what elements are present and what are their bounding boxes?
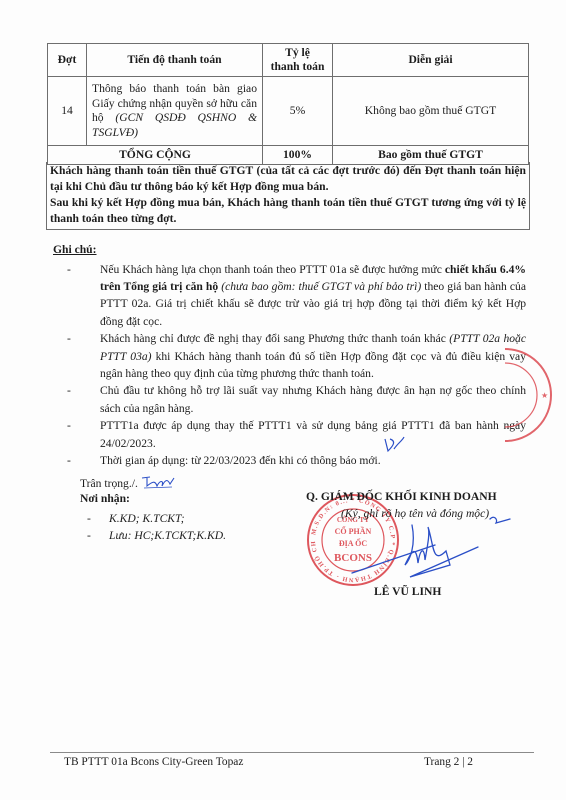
- payment-schedule-table: Đợt Tiến độ thanh toán Tỷ lệthanh toán D…: [47, 43, 529, 165]
- note-item: -Khách hàng chỉ được đề nghị thay đổi sa…: [60, 330, 526, 382]
- cell-progress: Thông báo thanh toán bàn giao Giấy chứng…: [87, 77, 263, 146]
- header-explain: Diễn giải: [333, 44, 529, 77]
- table-row: 14 Thông báo thanh toán bàn giao Giấy ch…: [48, 77, 529, 146]
- svg-text:CỔ PHẦN: CỔ PHẦN: [335, 526, 372, 536]
- cell-rate: 5%: [263, 77, 333, 146]
- signatory-name: LÊ VŨ LINH: [374, 585, 441, 598]
- document-page: Đợt Tiến độ thanh toán Tỷ lệthanh toán D…: [0, 0, 566, 800]
- initials-icon: [140, 474, 176, 490]
- footer-divider: [50, 752, 534, 753]
- note-item: -Thời gian áp dụng: từ 22/03/2023 đến kh…: [60, 452, 526, 469]
- recipients-title: Nơi nhận:: [80, 492, 130, 505]
- recipient-item: -Lưu: HC;K.TCKT;K.KD.: [87, 527, 226, 544]
- svg-text:BCONS: BCONS: [334, 552, 372, 564]
- recipients-list: -K.KD; K.TCKT; -Lưu: HC;K.TCKT;K.KD.: [87, 510, 226, 544]
- vat-note-box: Khách hàng thanh toán tiền thuế GTGT (củ…: [46, 162, 530, 230]
- svg-text:★: ★: [541, 391, 548, 400]
- cell-explain: Không bao gồm thuế GTGT: [333, 77, 529, 146]
- header-progress: Tiến độ thanh toán: [87, 44, 263, 77]
- footer-document-title: TB PTTT 01a Bcons City-Green Topaz: [64, 756, 243, 768]
- note-item: -PTTT1a được áp dụng thay thế PTTT1 và s…: [60, 417, 526, 451]
- recipient-item: -K.KD; K.TCKT;: [87, 510, 226, 527]
- note-item: -Chủ đầu tư không hỗ trợ lãi suất vay nh…: [60, 382, 526, 416]
- notes-title: Ghi chú:: [53, 243, 97, 256]
- closing-text: Trân trọng./.: [80, 475, 138, 492]
- table-header-row: Đợt Tiến độ thanh toán Tỷ lệthanh toán D…: [48, 44, 529, 77]
- vat-note-p1: Khách hàng thanh toán tiền thuế GTGT (củ…: [50, 163, 526, 195]
- footer-page-number: Trang 2 | 2: [424, 756, 473, 768]
- vat-note-p2: Sau khi ký kết Hợp đồng mua bán, Khách h…: [50, 195, 526, 227]
- signature-instruction: (Ký, ghi rõ họ tên và đóng mộc): [341, 507, 489, 520]
- signatory-title: Q. GIÁM ĐỐC KHỐI KINH DOANH: [306, 490, 497, 503]
- partial-stamp-icon: ★: [505, 340, 565, 450]
- header-rate: Tỷ lệthanh toán: [263, 44, 333, 77]
- cell-dot: 14: [48, 77, 87, 146]
- svg-text:ĐỊA ỐC: ĐỊA ỐC: [339, 538, 367, 548]
- note-item: -Nếu Khách hàng lựa chọn thanh toán theo…: [60, 261, 526, 330]
- notes-list: -Nếu Khách hàng lựa chọn thanh toán theo…: [60, 261, 526, 470]
- header-dot: Đợt: [48, 44, 87, 77]
